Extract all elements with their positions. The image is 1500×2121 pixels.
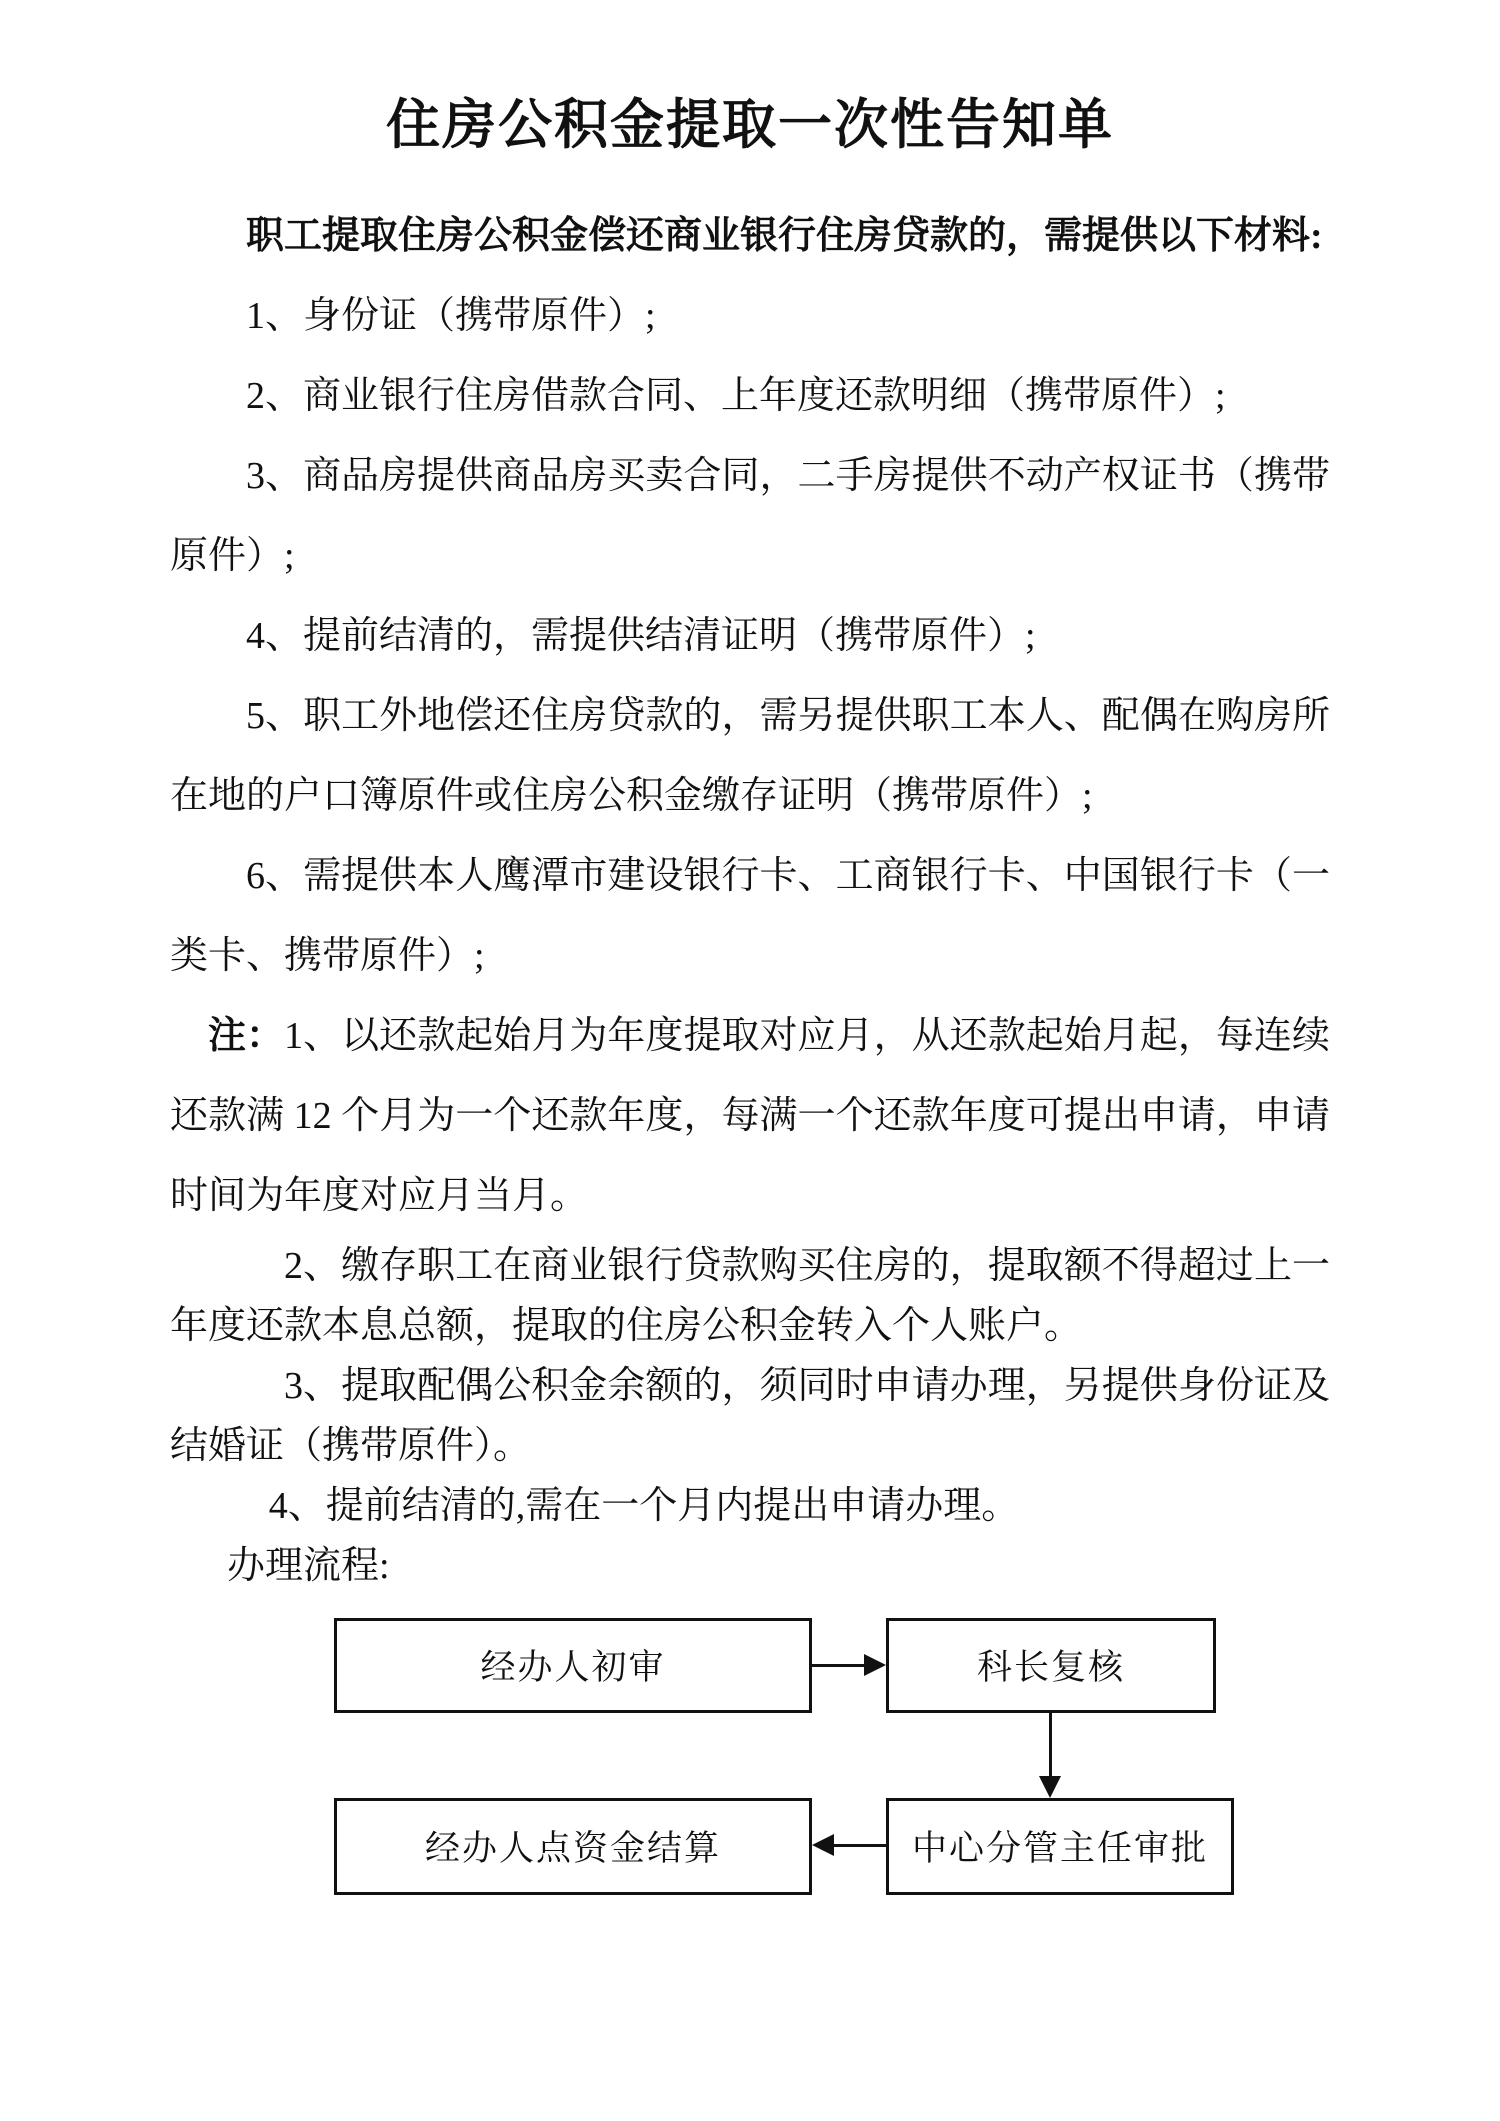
flow-step-fund-settlement-label: 经办人点资金结算 [425, 1821, 721, 1871]
material-item-4: 4、提前结清的，需提供结清证明（携带原件）; [170, 596, 1330, 676]
document-page: 住房公积金提取一次性告知单 职工提取住房公积金偿还商业银行住房贷款的，需提供以下… [0, 0, 1500, 2121]
materials-section: 职工提取住房公积金偿还商业银行住房贷款的，需提供以下材料: 1、身份证（携带原件… [170, 196, 1330, 1236]
material-item-3: 3、商品房提供商品房买卖合同，二手房提供不动产权证书（携带原件）; [170, 436, 1330, 596]
arrow-right-icon [812, 1664, 886, 1667]
note-item-1: 注：1、以还款起始月为年度提取对应月，从还款起始月起，每连续还款满 12 个月为… [170, 996, 1330, 1236]
notes-label: 注： [208, 1015, 284, 1057]
flow-step-director-approval-label: 中心分管主任审批 [912, 1821, 1208, 1871]
note-item-3: 3、提取配偶公积金余额的，须同时申请办理，另提供身份证及结婚证（携带原件）。 [170, 1356, 1330, 1476]
material-item-6: 6、需提供本人鹰潭市建设银行卡、工商银行卡、中国银行卡（一类卡、携带原件）; [170, 836, 1330, 996]
process-flowchart: 经办人初审 科长复核 中心分管主任审批 经办人点资金结算 [170, 1618, 1330, 1918]
material-item-5: 5、职工外地偿还住房贷款的，需另提供职工本人、配偶在购房所在地的户口簿原件或住房… [170, 676, 1330, 836]
flow-step-initial-review-label: 经办人初审 [480, 1640, 665, 1690]
flow-step-initial-review: 经办人初审 [334, 1618, 812, 1713]
intro-paragraph: 职工提取住房公积金偿还商业银行住房贷款的，需提供以下材料: [170, 196, 1330, 276]
material-item-2: 2、商业银行住房借款合同、上年度还款明细（携带原件）; [170, 356, 1330, 436]
flow-step-fund-settlement: 经办人点资金结算 [334, 1798, 812, 1895]
notes-section: 2、缴存职工在商业银行贷款购买住房的，提取额不得超过上一年度还款本息总额，提取的… [170, 1236, 1330, 1596]
note-1-text: 1、以还款起始月为年度提取对应月，从还款起始月起，每连续还款满 12 个月为一个… [170, 1015, 1330, 1217]
note-item-2: 2、缴存职工在商业银行贷款购买住房的，提取额不得超过上一年度还款本息总额，提取的… [170, 1236, 1330, 1356]
note-item-4: 4、提前结清的,需在一个月内提出申请办理。 [170, 1476, 1330, 1536]
flow-step-section-chief-recheck-label: 科长复核 [977, 1640, 1125, 1690]
material-item-1: 1、身份证（携带原件）; [170, 276, 1330, 356]
flow-step-director-approval: 中心分管主任审批 [886, 1798, 1234, 1895]
arrow-left-icon [812, 1844, 886, 1847]
process-flow-label: 办理流程: [170, 1536, 1330, 1596]
flow-step-section-chief-recheck: 科长复核 [886, 1618, 1216, 1713]
document-title: 住房公积金提取一次性告知单 [170, 92, 1330, 160]
arrow-down-icon [1049, 1713, 1052, 1798]
